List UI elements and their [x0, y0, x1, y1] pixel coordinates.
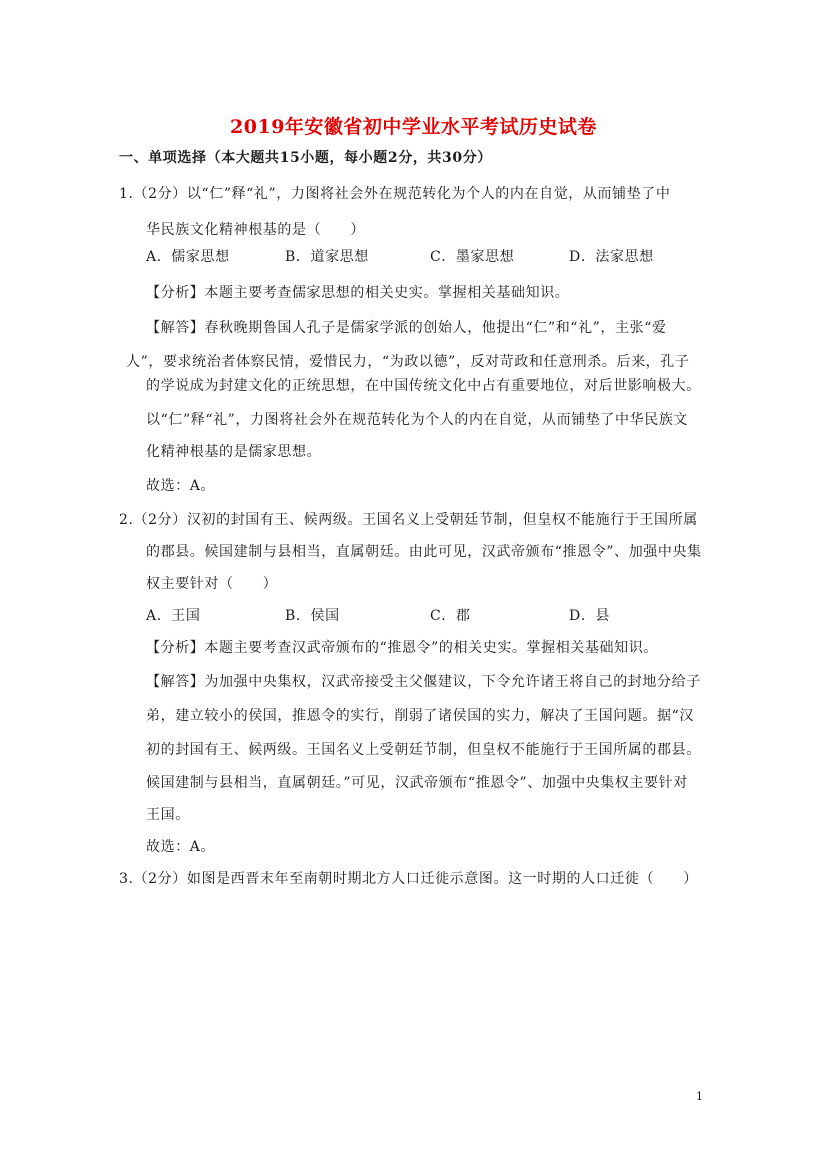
question-1-option-d: D．法家思想: [569, 247, 654, 267]
question-2-choice: 故选：A。: [146, 837, 215, 857]
question-2-answer-line-5: 王国。: [146, 805, 190, 825]
question-2-answer-line-3: 初的封国有王、候两级。王国名义上受朝廷节制，但皇权不能施行于王国所属的郡县。: [146, 740, 701, 760]
question-1-stem-line-1: 1.（2分）以“仁”释“礼”，力图将社会外在规范转化为个人的内在自觉，从而铺垫了…: [119, 184, 671, 204]
question-1-choice: 故选：A。: [146, 476, 215, 496]
document-page: 2019年安徽省初中学业水平考试历史试卷 一、单项选择（本大题共15小题，每小题…: [0, 0, 827, 1169]
question-2-option-a: A．王国: [146, 606, 201, 626]
question-1-analysis: 【分析】本题主要考查儒家思想的相关史实。掌握相关基础知识。: [146, 283, 569, 303]
section-heading: 一、单项选择（本大题共15小题，每小题2分，共30分）: [119, 148, 492, 168]
question-1-answer-line-5: 化精神根基的是儒家思想。: [146, 442, 321, 462]
page-number: 1: [696, 1090, 703, 1103]
question-1-answer-line-2: 人”，要求统治者体察民情，爱惜民力，“为政以德”，反对苛政和任意刑杀。后来，孔子: [126, 352, 689, 372]
question-1-answer-line-1: 【解答】春秋晚期鲁国人孔子是儒家学派的创始人，他提出“仁”和“礼”，主张“爱: [146, 318, 667, 338]
question-2-stem-line-2: 的郡县。候国建制与县相当，直属朝廷。由此可见，汉武帝颁布“推恩令”、加强中央集: [146, 542, 702, 562]
question-2-answer-line-2: 弟，建立较小的侯国，推恩令的实行，削弱了诸侯国的实力，解决了王国问题。据“汉: [146, 706, 694, 726]
question-2-stem-line-3: 权主要针对（ ）: [146, 574, 277, 594]
question-1-answer-line-4: 以“仁”释“礼”，力图将社会外在规范转化为个人的内在自觉，从而铺垫了中华民族文: [146, 410, 688, 430]
question-2-option-c: C．郡: [430, 606, 471, 626]
question-2-answer-line-1: 【解答】为加强中央集权，汉武帝接受主父偃建议，下令允许诸王将自己的封地分给子: [146, 672, 701, 692]
question-3-stem-line-1: 3.（2分）如图是西晋末年至南朝时期北方人口迁徙示意图。这一时期的人口迁徙（ ）: [119, 869, 698, 889]
question-1-stem-line-2: 华民族文化精神根基的是（ ）: [146, 220, 365, 240]
question-1-answer-line-3: 的学说成为封建文化的正统思想，在中国传统文化中占有重要地位，对后世影响极大。: [146, 376, 701, 396]
question-1-option-b: B．道家思想: [285, 247, 369, 267]
question-2-option-d: D．县: [569, 606, 610, 626]
question-2-stem-line-1: 2.（2分）汉初的封国有王、候两级。王国名义上受朝廷节制，但皇权不能施行于王国所…: [119, 510, 698, 530]
question-2-option-b: B．侯国: [285, 606, 340, 626]
question-2-analysis: 【分析】本题主要考查汉武帝颁布的“推恩令”的相关史实。掌握相关基础知识。: [146, 638, 658, 658]
question-1-option-a: A．儒家思想: [146, 247, 230, 267]
question-2-answer-line-4: 候国建制与县相当，直属朝廷。”可见，汉武帝颁布“推恩令”、加强中央集权主要针对: [146, 773, 688, 793]
document-title: 2019年安徽省初中学业水平考试历史试卷: [0, 112, 827, 139]
question-1-option-c: C．墨家思想: [430, 247, 514, 267]
